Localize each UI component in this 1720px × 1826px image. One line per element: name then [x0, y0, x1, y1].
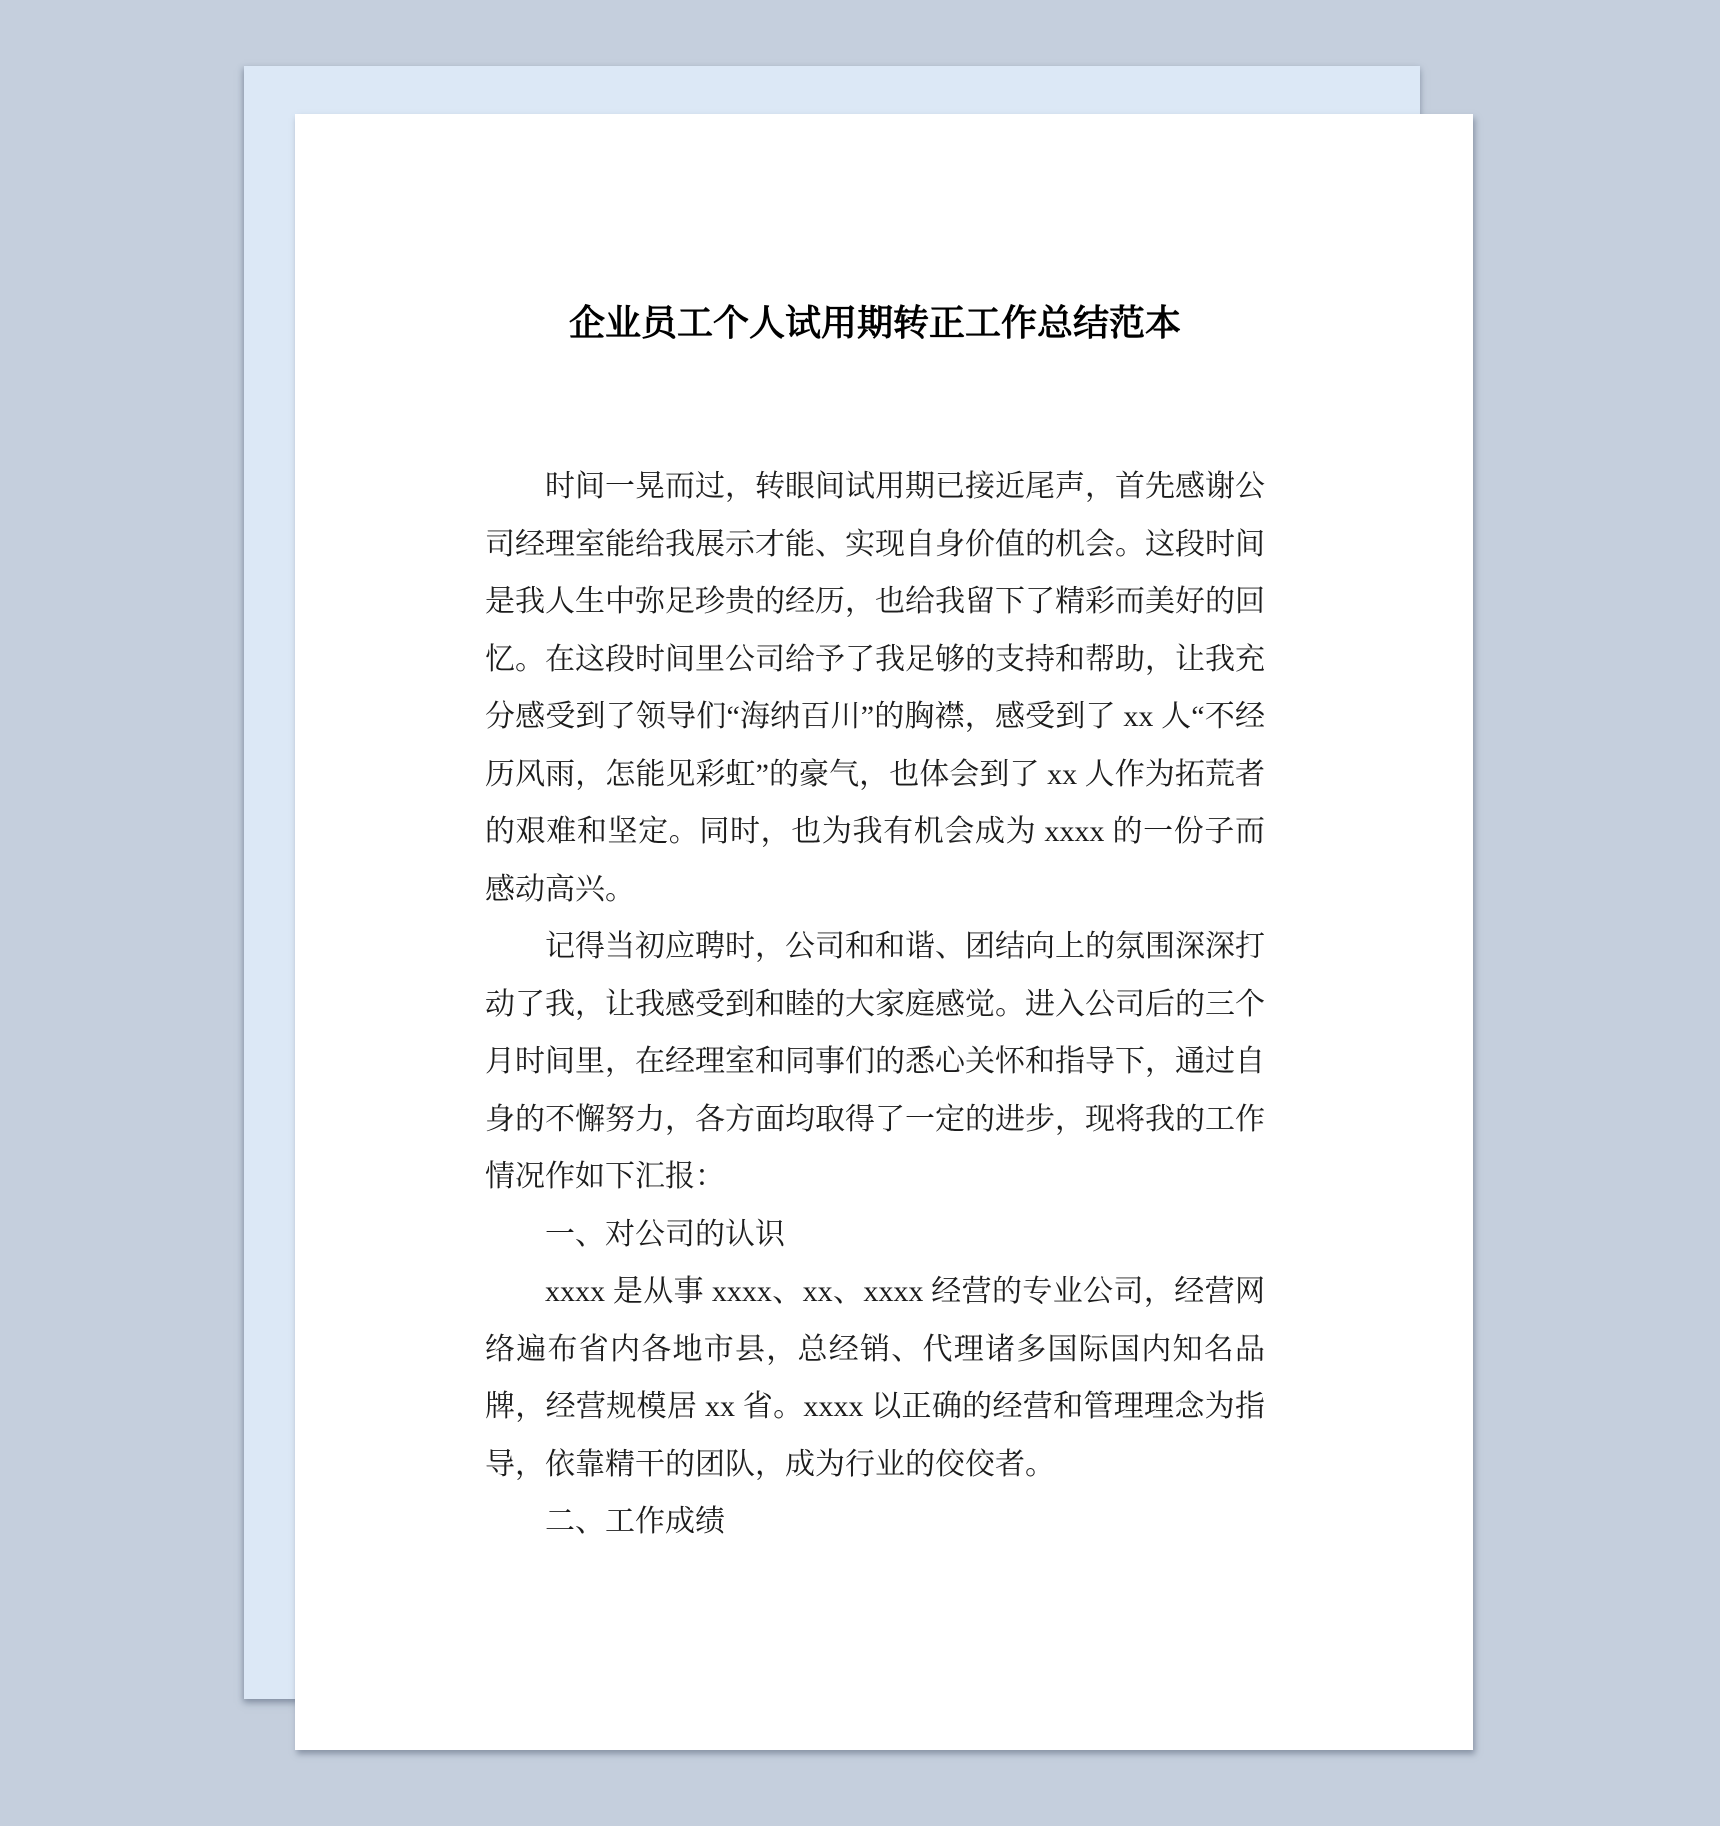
document-page: 企业员工个人试用期转正工作总结范本 时间一晃而过，转眼间试用期已接近尾声，首先感…	[295, 114, 1473, 1750]
document-title: 企业员工个人试用期转正工作总结范本	[485, 114, 1265, 346]
paragraph: 二、工作成绩	[485, 1493, 1265, 1551]
paragraph: 记得当初应聘时，公司和和谐、团结向上的氛围深深打动了我，让我感受到和睦的大家庭感…	[485, 918, 1265, 1206]
document-body: 时间一晃而过，转眼间试用期已接近尾声，首先感谢公司经理室能给我展示才能、实现自身…	[485, 458, 1265, 1551]
document-content: 企业员工个人试用期转正工作总结范本 时间一晃而过，转眼间试用期已接近尾声，首先感…	[485, 114, 1265, 1551]
paragraph: 一、对公司的认识	[485, 1206, 1265, 1264]
desktop-background: 企业员工个人试用期转正工作总结范本 时间一晃而过，转眼间试用期已接近尾声，首先感…	[0, 0, 1720, 1826]
paragraph: xxxx 是从事 xxxx、xx、xxxx 经营的专业公司，经营网络遍布省内各地…	[485, 1263, 1265, 1493]
paragraph: 时间一晃而过，转眼间试用期已接近尾声，首先感谢公司经理室能给我展示才能、实现自身…	[485, 458, 1265, 918]
